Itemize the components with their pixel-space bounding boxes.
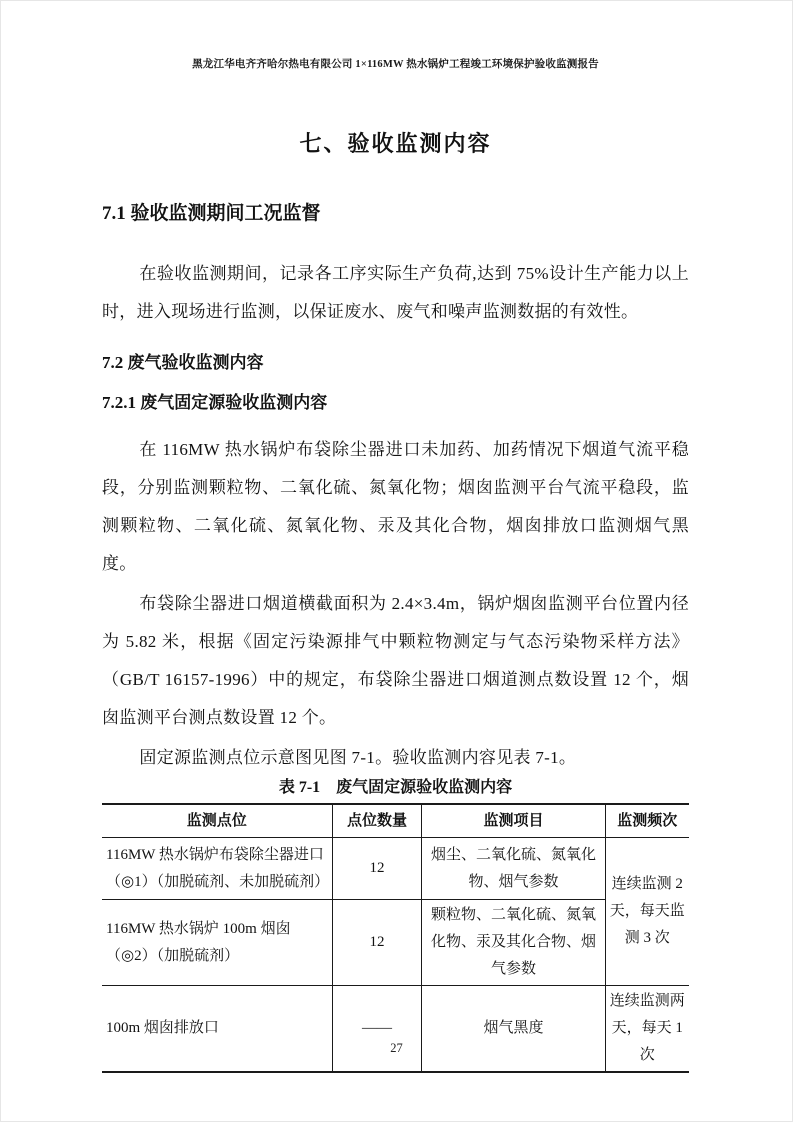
cell-monitor-frequency-merged: 连续监测 2 天，每天监测 3 次 (605, 838, 689, 986)
column-header-point-count: 点位数量 (332, 804, 422, 838)
table-7-1-caption: 表 7-1 废气固定源验收监测内容 (102, 777, 689, 799)
section-heading-7-2-1: 7.2.1 废气固定源验收监测内容 (102, 391, 689, 415)
document-header: 黑龙江华电齐齐哈尔热电有限公司 1×116MW 热水锅炉工程竣工环境保护验收监测… (102, 57, 689, 73)
cell-point-count: 12 (332, 838, 422, 900)
column-header-monitor-frequency: 监测频次 (605, 804, 689, 838)
table-7-1: 监测点位 点位数量 监测项目 监测频次 116MW 热水锅炉布袋除尘器进口（◎1… (102, 803, 689, 1073)
cell-point-count: —— (332, 986, 422, 1073)
cell-monitor-point: 116MW 热水锅炉布袋除尘器进口（◎1）（加脱硫剂、未加脱硫剂） (102, 838, 332, 900)
cell-point-count: 12 (332, 900, 422, 986)
paragraph-7-1: 在验收监测期间，记录各工序实际生产负荷,达到 75%设计生产能力以上时，进入现场… (102, 255, 689, 331)
table-row: 100m 烟囱排放口 —— 烟气黑度 连续监测两天，每天 1 次 (102, 986, 689, 1073)
page-number: 27 (1, 1041, 792, 1056)
column-header-monitor-items: 监测项目 (422, 804, 605, 838)
paragraph-7-2-1-a: 在 116MW 热水锅炉布袋除尘器进口未加药、加药情况下烟道气流平稳段，分别监测… (102, 431, 689, 583)
cell-monitor-frequency: 连续监测两天，每天 1 次 (605, 986, 689, 1073)
cell-monitor-items: 烟气黑度 (422, 986, 605, 1073)
cell-monitor-point: 116MW 热水锅炉 100m 烟囱（◎2）（加脱硫剂） (102, 900, 332, 986)
table-row: 116MW 热水锅炉布袋除尘器进口（◎1）（加脱硫剂、未加脱硫剂） 12 烟尘、… (102, 838, 689, 900)
section-heading-7-1: 7.1 验收监测期间工况监督 (102, 201, 689, 227)
column-header-monitor-point: 监测点位 (102, 804, 332, 838)
table-header-row: 监测点位 点位数量 监测项目 监测频次 (102, 804, 689, 838)
cell-monitor-point: 100m 烟囱排放口 (102, 986, 332, 1073)
page-title: 七、验收监测内容 (102, 129, 689, 159)
cell-monitor-items: 颗粒物、二氧化硫、氮氧化物、汞及其化合物、烟气参数 (422, 900, 605, 986)
cell-monitor-items: 烟尘、二氧化硫、氮氧化物、烟气参数 (422, 838, 605, 900)
table-row: 116MW 热水锅炉 100m 烟囱（◎2）（加脱硫剂） 12 颗粒物、二氧化硫… (102, 900, 689, 986)
paragraph-7-2-1-b: 布袋除尘器进口烟道横截面积为 2.4×3.4m，锅炉烟囱监测平台位置内径为 5.… (102, 585, 689, 737)
report-page: 黑龙江华电齐齐哈尔热电有限公司 1×116MW 热水锅炉工程竣工环境保护验收监测… (0, 0, 793, 1122)
paragraph-7-2-1-c: 固定源监测点位示意图见图 7-1。验收监测内容见表 7-1。 (102, 739, 689, 777)
section-heading-7-2: 7.2 废气验收监测内容 (102, 351, 689, 375)
